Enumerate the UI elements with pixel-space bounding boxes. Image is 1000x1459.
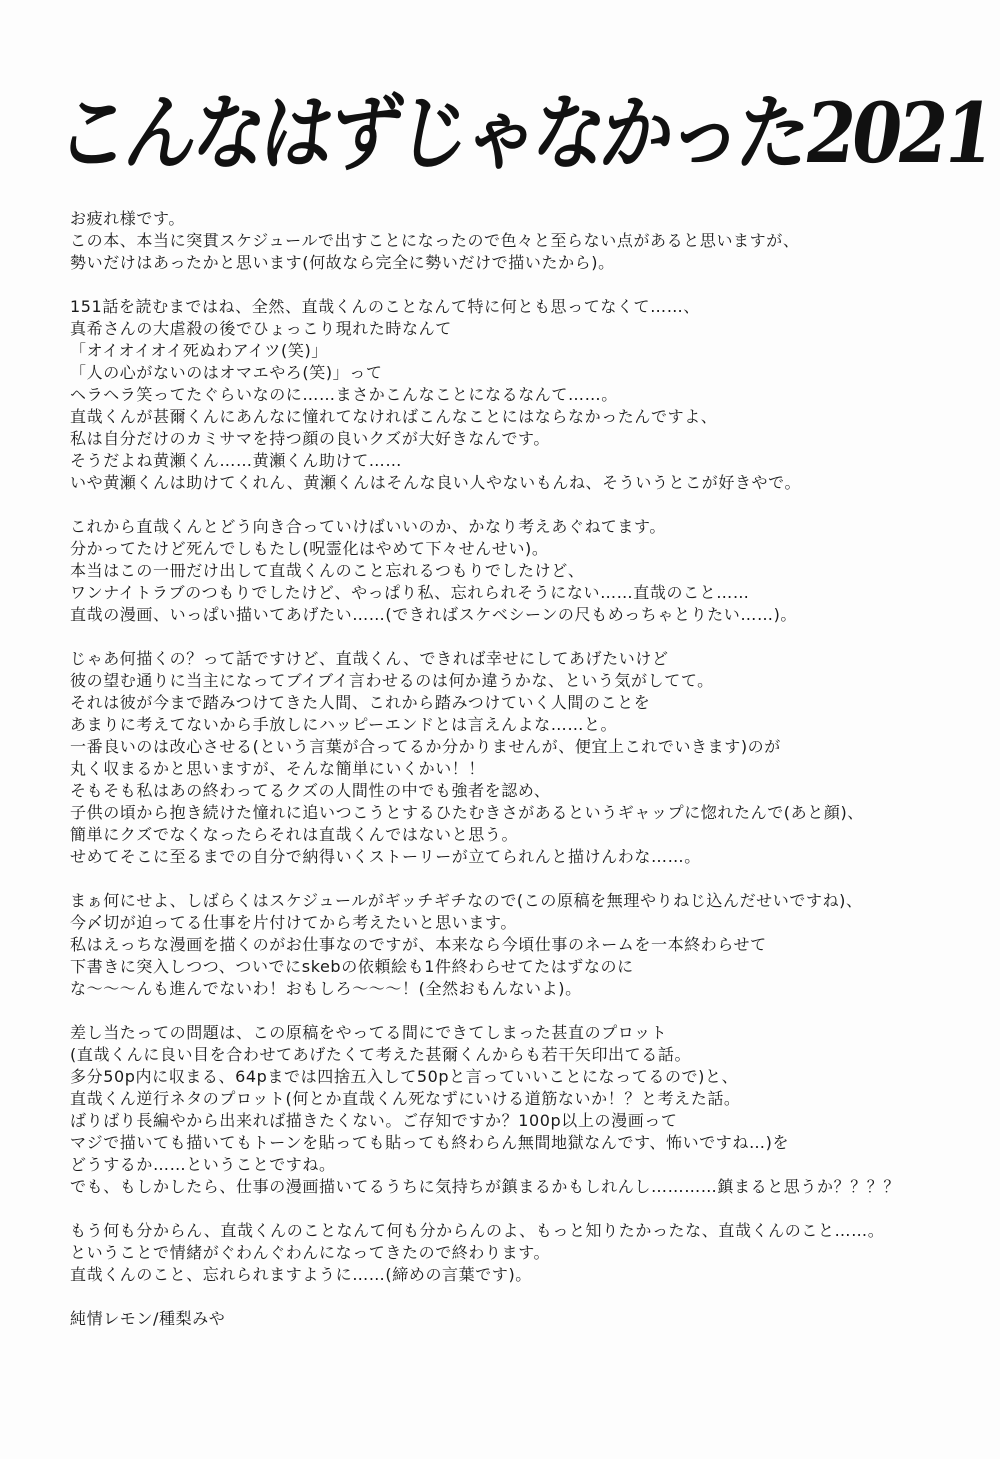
text-line: ヘラヘラ笑ってたぐらいなのに……まさかこんなことになるなんて……。	[70, 384, 970, 406]
text-line: それは彼が今まで踏みつけてきた人間、これから踏みつけていく人間のことを	[70, 692, 970, 714]
text-line: いや黄瀬くんは助けてくれん、黄瀬くんはそんな良い人やないもんね、そういうとこが好…	[70, 472, 970, 494]
paragraph-closing: もう何も分からん、直哉くんのことなんて何も分からんのよ、もっと知りたかったな、直…	[70, 1220, 970, 1286]
text-line: 勢いだけはあったかと思います(何故なら完全に勢いだけで描いたから)。	[70, 252, 970, 274]
text-line: 丸く収まるかと思いますが、そんな簡単にいくかい！！	[70, 758, 970, 780]
text-line: 直哉の漫画、いっぱい描いてあげたい……(できればスケベシーンの尺もめっちゃとりた…	[70, 604, 970, 626]
paragraph-greeting: お疲れ様です。 この本、本当に突貫スケジュールで出すことになったので色々と至らな…	[70, 208, 970, 274]
text-line: 直哉くんが甚爾くんにあんなに憧れてなければこんなことにはならなかったんですよ、	[70, 406, 970, 428]
paragraph-plots: 差し当たっての問題は、この原稿をやってる間にできてしまった甚直のプロット (直哉…	[70, 1022, 970, 1198]
text-line: 簡単にクズでなくなったらそれは直哉くんではないと思う。	[70, 824, 970, 846]
text-line: どうするか……ということですね。	[70, 1154, 970, 1176]
text-line: 直哉くん逆行ネタのプロット(何とか直哉くん死なずにいける道筋ないか！？と考えた話…	[70, 1088, 970, 1110]
text-line: 多分50p内に収まる、64pまでは四捨五入して50pと言っていいことになってるの…	[70, 1066, 970, 1088]
text-line: 「オイオイオイ死ぬわアイツ(笑)」	[70, 340, 970, 362]
text-line: 下書きに突入しつつ、ついでにskebの依頼絵も1件終わらせてたはずなのに	[70, 956, 970, 978]
text-line: これから直哉くんとどう向き合っていけばいいのか、かなり考えあぐねてます。	[70, 516, 970, 538]
text-line: そうだよね黄瀬くん……黄瀬くん助けて……	[70, 450, 970, 472]
author-signature: 純情レモン/種梨みや	[70, 1308, 970, 1330]
paragraph-going-forward: これから直哉くんとどう向き合っていけばいいのか、かなり考えあぐねてます。 分かっ…	[70, 516, 970, 626]
text-line: お疲れ様です。	[70, 208, 970, 230]
text-line: 差し当たっての問題は、この原稿をやってる間にできてしまった甚直のプロット	[70, 1022, 970, 1044]
paragraph-schedule: まぁ何にせよ、しばらくはスケジュールがギッチギチなので(この原稿を無理やりねじ込…	[70, 890, 970, 1000]
text-line: この本、本当に突貫スケジュールで出すことになったので色々と至らない点があると思い…	[70, 230, 970, 252]
signature-text: 純情レモン/種梨みや	[70, 1308, 970, 1330]
text-line: 私はえっちな漫画を描くのがお仕事なのですが、本来なら今頃仕事のネームを一本終わら…	[70, 934, 970, 956]
text-line: まぁ何にせよ、しばらくはスケジュールがギッチギチなので(この原稿を無理やりねじ込…	[70, 890, 970, 912]
paragraph-chapter-151: 151話を読むまではね、全然、直哉くんのことなんて特に何とも思ってなくて……、 …	[70, 296, 970, 494]
text-line: ばりばり長編やから出来れば描きたくない。ご存知ですか？100p以上の漫画って	[70, 1110, 970, 1132]
afterword-page: こんなはずじゃなかった2021 お疲れ様です。 この本、本当に突貫スケジュールで…	[0, 0, 1000, 1459]
text-line: ということで情緒がぐわんぐわんになってきたので終わります。	[70, 1242, 970, 1264]
text-line: マジで描いても描いてもトーンを貼っても貼っても終わらん無間地獄なんです、怖いです…	[70, 1132, 970, 1154]
text-line: ワンナイトラブのつもりでしたけど、やっぱり私、忘れられそうにない……直哉のこと……	[70, 582, 970, 604]
text-line: そもそも私はあの終わってるクズの人間性の中でも強者を認め、	[70, 780, 970, 802]
text-line: 彼の望む通りに当主になってブイブイ言わせるのは何か違うかな、という気がしてて。	[70, 670, 970, 692]
text-line: 「人の心がないのはオマエやろ(笑)」って	[70, 362, 970, 384]
afterword-body: お疲れ様です。 この本、本当に突貫スケジュールで出すことになったので色々と至らな…	[70, 208, 970, 1352]
text-line: 直哉くんのこと、忘れられますように……(締めの言葉です)。	[70, 1264, 970, 1286]
paragraph-what-to-draw: じゃあ何描くの？って話ですけど、直哉くん、できれば幸せにしてあげたいけど 彼の望…	[70, 648, 970, 868]
text-line: (直哉くんに良い目を合わせてあげたくて考えた甚爾くんからも若干矢印出てる話。	[70, 1044, 970, 1066]
text-line: な〜〜〜んも進んでないわ！おもしろ〜〜〜！(全然おもんないよ)。	[70, 978, 970, 1000]
text-line: 真希さんの大虐殺の後でひょっこり現れた時なんて	[70, 318, 970, 340]
text-line: 本当はこの一冊だけ出して直哉くんのこと忘れるつもりでしたけど、	[70, 560, 970, 582]
text-line: でも、もしかしたら、仕事の漫画描いてるうちに気持ちが鎮まるかもしれんし…………鎮…	[70, 1176, 970, 1198]
text-line: もう何も分からん、直哉くんのことなんて何も分からんのよ、もっと知りたかったな、直…	[70, 1220, 970, 1242]
page-title: こんなはずじゃなかった2021	[49, 70, 827, 197]
text-line: 151話を読むまではね、全然、直哉くんのことなんて特に何とも思ってなくて……、	[70, 296, 970, 318]
text-line: 子供の頃から抱き続けた憧れに追いつこうとするひたむきさがあるというギャップに惚れ…	[70, 802, 970, 824]
text-line: 今〆切が迫ってる仕事を片付けてから考えたいと思います。	[70, 912, 970, 934]
text-line: あまりに考えてないから手放しにハッピーエンドとは言えんよな……と。	[70, 714, 970, 736]
text-line: せめてそこに至るまでの自分で納得いくストーリーが立てられんと描けんわな……。	[70, 846, 970, 868]
text-line: じゃあ何描くの？って話ですけど、直哉くん、できれば幸せにしてあげたいけど	[70, 648, 970, 670]
text-line: 分かってたけど死んでしもたし(呪霊化はやめて下々せんせい)。	[70, 538, 970, 560]
text-line: 一番良いのは改心させる(という言葉が合ってるか分かりませんが、便宜上これでいきま…	[70, 736, 970, 758]
text-line: 私は自分だけのカミサマを持つ顔の良いクズが大好きなんです。	[70, 428, 970, 450]
